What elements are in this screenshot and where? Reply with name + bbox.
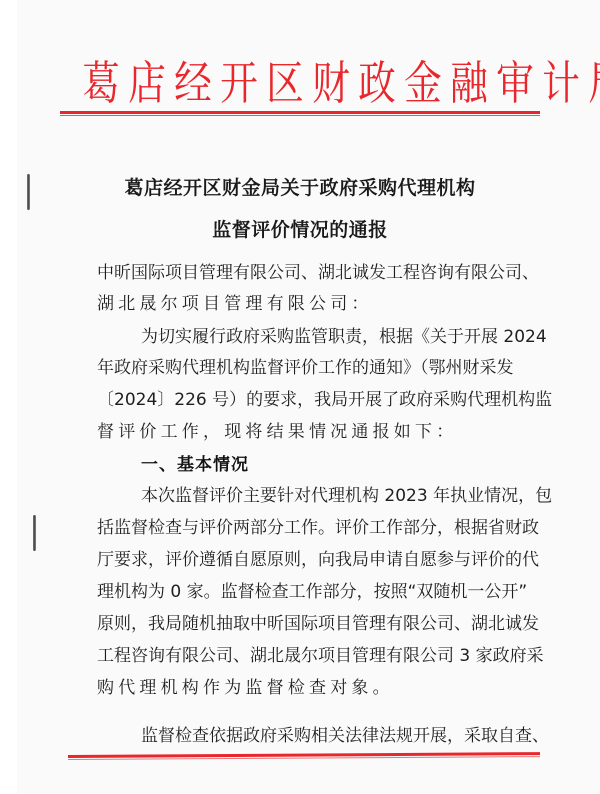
body-line: 理机构为 0 家。监督检查工作部分，按照“双随机一公开” [97, 581, 507, 603]
body-line: 为切实履行政府采购监管职责，根据《关于开展 2024 [141, 326, 507, 348]
letterhead-char: 融 [450, 56, 488, 110]
letterhead-char: 局 [588, 56, 600, 110]
document-title-line2: 监督评价情况的通报 [0, 215, 600, 242]
body-line: 〔2024〕226 号）的要求，我局开展了政府采购代理机构监 [97, 389, 507, 411]
letterhead-char: 财 [312, 56, 350, 110]
letterhead-char: 区 [266, 56, 304, 110]
letterhead-char: 政 [358, 56, 396, 110]
body-line: 厅要求，评价遵循自愿原则，向我局申请自愿参与评价的代 [97, 549, 507, 571]
letterhead-char: 葛 [82, 56, 120, 110]
binding-mark-middle [33, 515, 36, 551]
body-line: 年政府采购代理机构监督评价工作的通知》（鄂州财采发 [97, 357, 507, 379]
addressee-line: 中昕国际项目管理有限公司、湖北诚发工程咨询有限公司、 [97, 262, 507, 284]
addressee-line: 湖北晟尔项目管理有限公司： [97, 293, 507, 315]
letterhead-char: 开 [220, 56, 258, 110]
body-line: 括监督检查与评价两部分工作。评价工作部分，根据省财政 [97, 517, 507, 539]
letterhead-char: 经 [174, 56, 212, 110]
body-line: 原则，我局随机抽取中昕国际项目管理有限公司、湖北诚发 [97, 613, 507, 635]
letterhead-agency-name: 葛 店 经 开 区 财 政 金 融 审 计 局 [60, 56, 540, 110]
letterhead-divider-thin [60, 115, 540, 116]
body-line: 督评价工作，现将结果情况通报如下： [97, 421, 507, 443]
letterhead-char: 金 [404, 56, 442, 110]
body-line: 购代理机构作为监督检查对象。 [97, 677, 507, 699]
section-heading: 一、基本情况 [141, 454, 249, 476]
letterhead-divider-thick [60, 111, 540, 114]
letterhead-char: 计 [542, 56, 580, 110]
body-line: 监督检查依据政府采购相关法律法规开展，采取自查、 [141, 725, 507, 747]
letterhead-char: 审 [496, 56, 534, 110]
body-line: 工程咨询有限公司、湖北晟尔项目管理有限公司 3 家政府采 [97, 645, 507, 667]
document-title-line1: 葛店经开区财金局关于政府采购代理机构 [0, 173, 600, 200]
body-line: 本次监督评价主要针对代理机构 2023 年执业情况，包 [141, 485, 507, 507]
letterhead-char: 店 [128, 56, 166, 110]
